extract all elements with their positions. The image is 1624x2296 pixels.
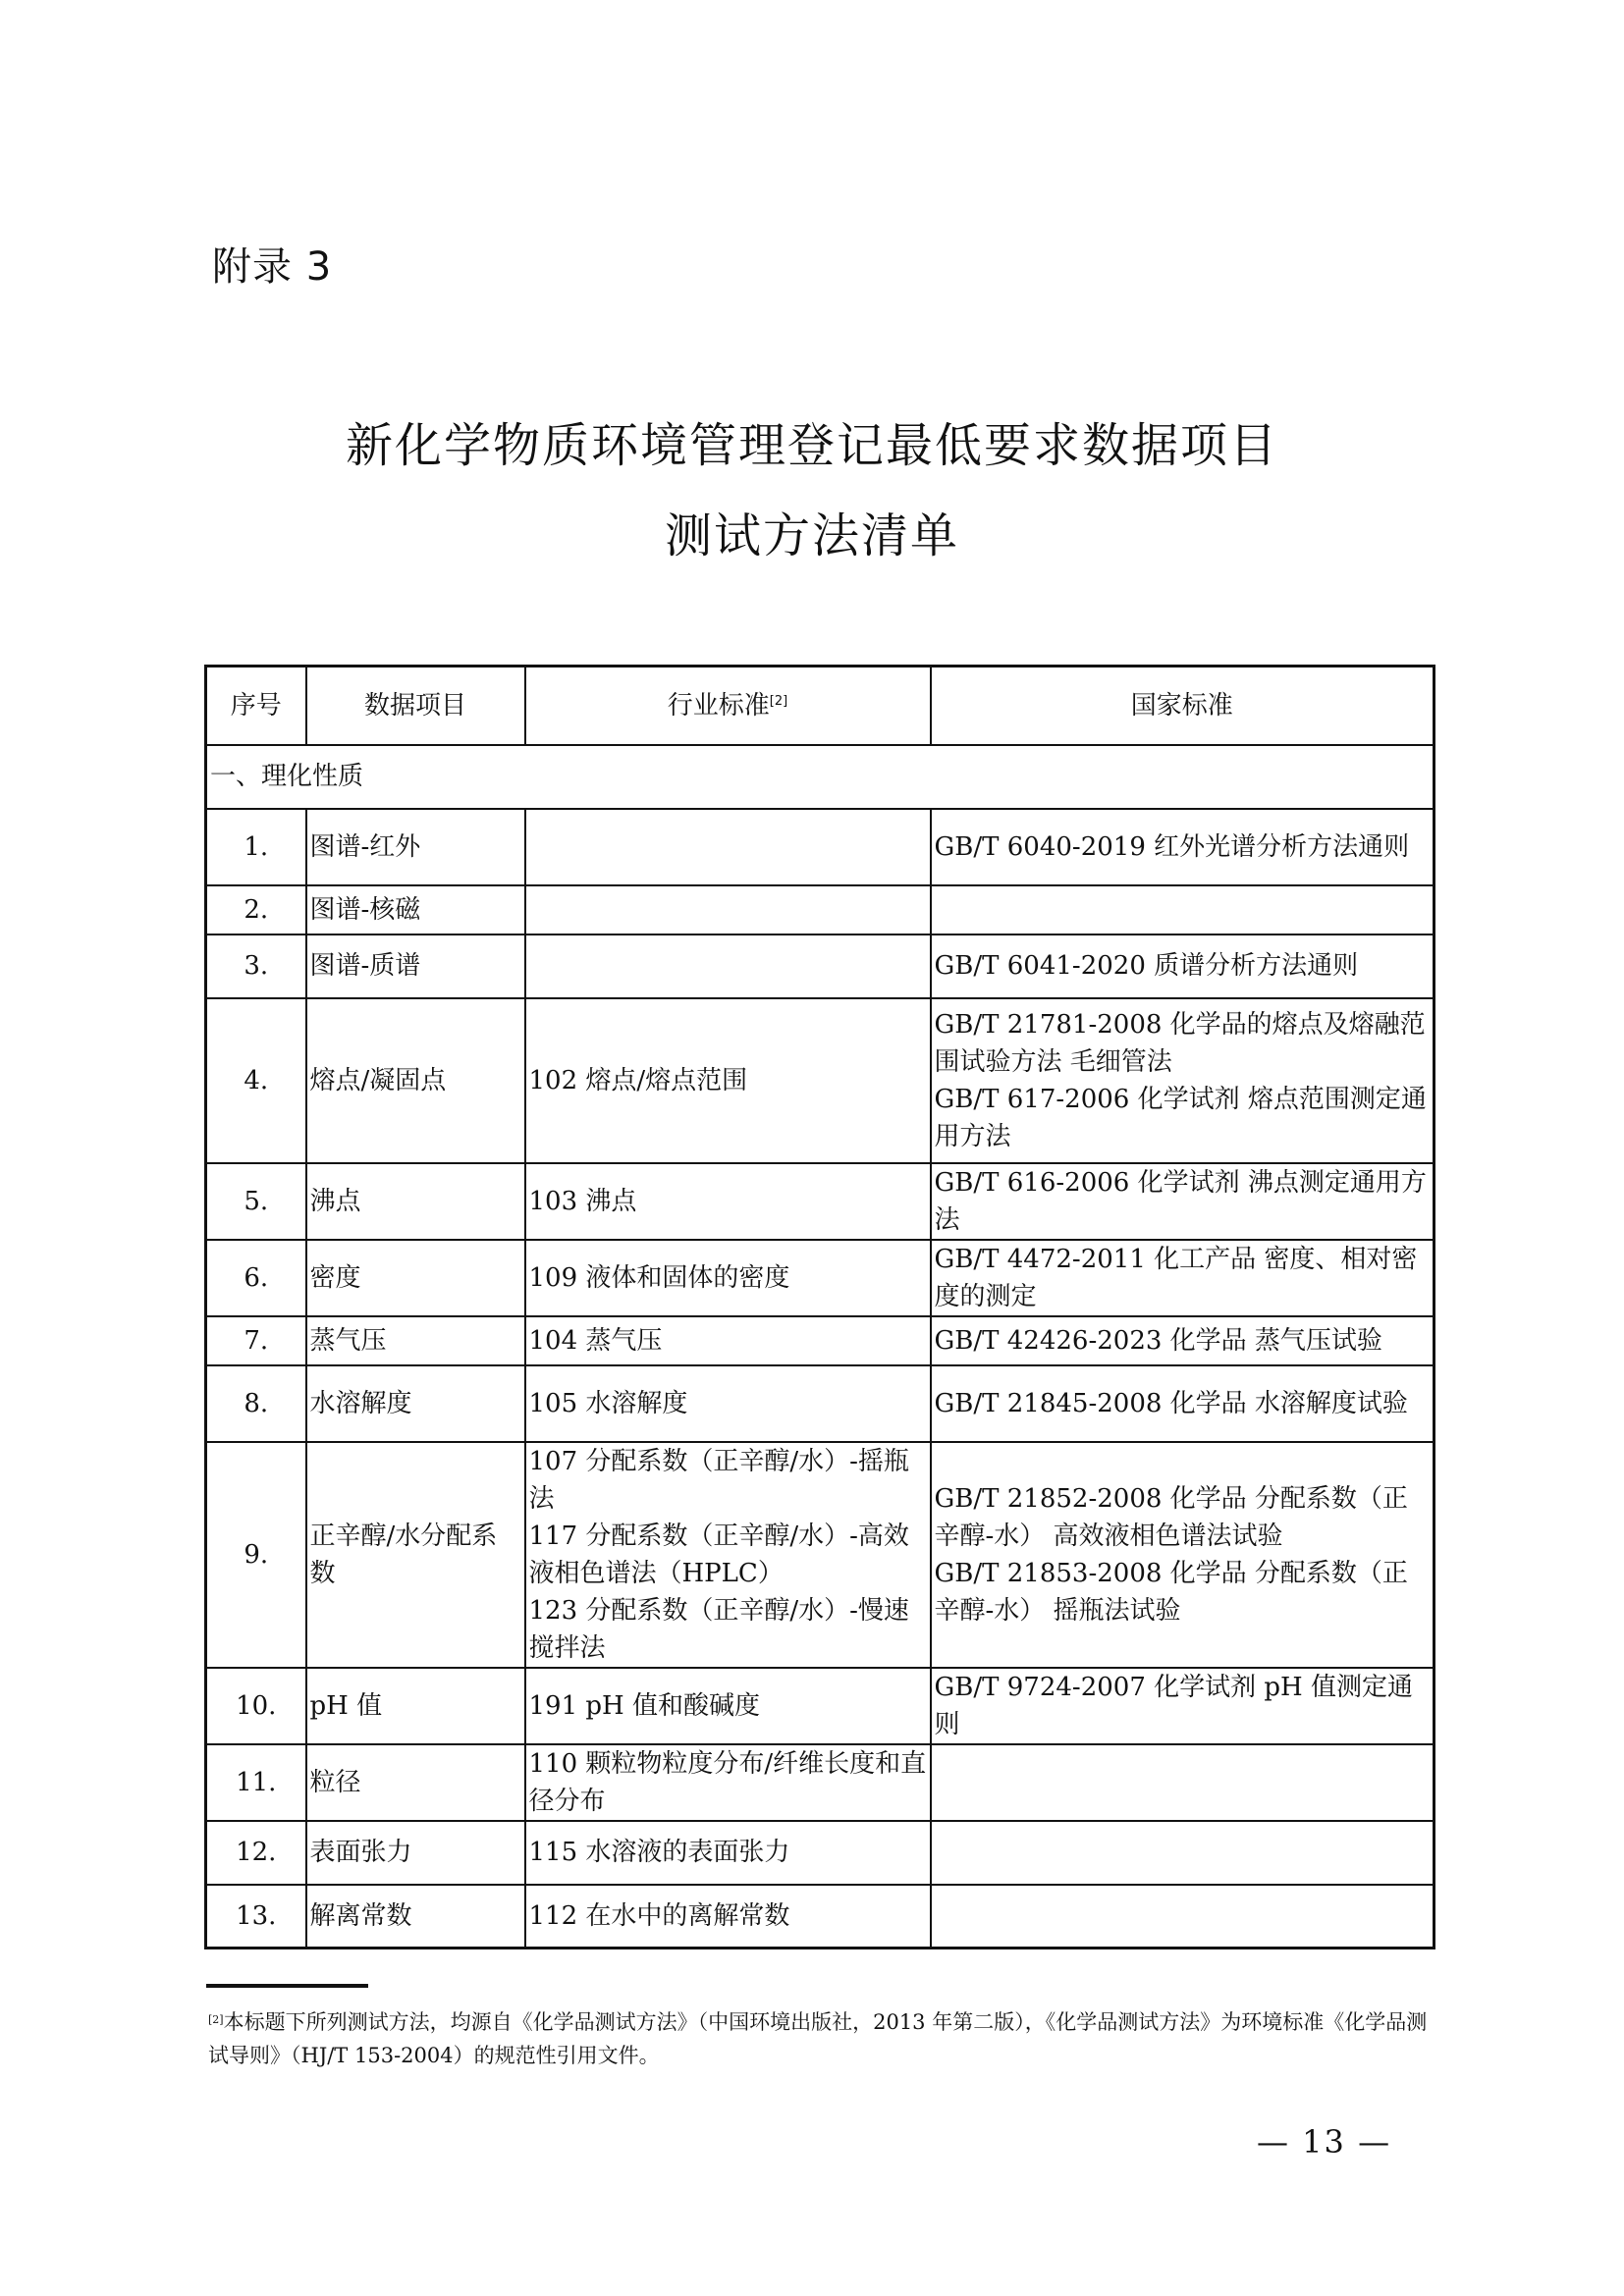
cell-item: 解离常数 bbox=[306, 1885, 525, 1949]
cell-industry: 110 颗粒物粒度分布/纤维长度和直径分布 bbox=[525, 1744, 931, 1821]
cell-item: 正辛醇/水分配系数 bbox=[306, 1442, 525, 1668]
cell-item: 表面张力 bbox=[306, 1821, 525, 1885]
cell-no: 10. bbox=[206, 1668, 306, 1744]
cell-no: 2. bbox=[206, 885, 306, 934]
cell-industry: 102 熔点/熔点范围 bbox=[525, 998, 931, 1163]
footnote: [2]本标题下所列测试方法，均源自《化学品测试方法》（中国环境出版社，2013 … bbox=[208, 2005, 1435, 2072]
cell-no: 13. bbox=[206, 1885, 306, 1949]
table-row: 5.沸点103 沸点GB/T 616-2006 化学试剂 沸点测定通用方法 bbox=[206, 1163, 1435, 1240]
cell-no: 8. bbox=[206, 1365, 306, 1442]
cell-national: GB/T 6040-2019 红外光谱分析方法通则 bbox=[931, 809, 1435, 885]
cell-no: 7. bbox=[206, 1316, 306, 1365]
cell-national: GB/T 42426-2023 化学品 蒸气压试验 bbox=[931, 1316, 1435, 1365]
cell-item: 图谱-质谱 bbox=[306, 934, 525, 998]
table-header-row: 序号 数据项目 行业标准[2] 国家标准 bbox=[206, 667, 1435, 745]
cell-industry bbox=[525, 809, 931, 885]
table-row: 4.熔点/凝固点102 熔点/熔点范围GB/T 21781-2008 化学品的熔… bbox=[206, 998, 1435, 1163]
cell-no: 12. bbox=[206, 1821, 306, 1885]
col-header-item: 数据项目 bbox=[306, 667, 525, 745]
footnote-divider bbox=[206, 1984, 368, 1988]
cell-no: 1. bbox=[206, 809, 306, 885]
cell-no: 5. bbox=[206, 1163, 306, 1240]
section-row: 一、理化性质 bbox=[206, 745, 1435, 809]
cell-industry: 103 沸点 bbox=[525, 1163, 931, 1240]
cell-national bbox=[931, 1821, 1435, 1885]
cell-national: GB/T 21845-2008 化学品 水溶解度试验 bbox=[931, 1365, 1435, 1442]
cell-item: 图谱-红外 bbox=[306, 809, 525, 885]
footnote-ref: [2] bbox=[770, 694, 787, 709]
cell-national: GB/T 21781-2008 化学品的熔点及熔融范围试验方法 毛细管法GB/T… bbox=[931, 998, 1435, 1163]
table-row: 6.密度109 液体和固体的密度GB/T 4472-2011 化工产品 密度、相… bbox=[206, 1240, 1435, 1316]
document-title-line2: 测试方法清单 bbox=[0, 498, 1624, 565]
cell-industry: 112 在水中的离解常数 bbox=[525, 1885, 931, 1949]
table-row: 2.图谱-核磁 bbox=[206, 885, 1435, 934]
cell-item: 熔点/凝固点 bbox=[306, 998, 525, 1163]
col-header-industry: 行业标准[2] bbox=[525, 667, 931, 745]
footnote-marker: [2] bbox=[208, 2013, 224, 2026]
table-row: 7.蒸气压104 蒸气压GB/T 42426-2023 化学品 蒸气压试验 bbox=[206, 1316, 1435, 1365]
appendix-label: 附录 3 bbox=[212, 236, 332, 292]
cell-no: 11. bbox=[206, 1744, 306, 1821]
cell-national: GB/T 4472-2011 化工产品 密度、相对密度的测定 bbox=[931, 1240, 1435, 1316]
cell-no: 3. bbox=[206, 934, 306, 998]
table-row: 1.图谱-红外GB/T 6040-2019 红外光谱分析方法通则 bbox=[206, 809, 1435, 885]
table-row: 9.正辛醇/水分配系数107 分配系数（正辛醇/水）-摇瓶法117 分配系数（正… bbox=[206, 1442, 1435, 1668]
cell-item: 密度 bbox=[306, 1240, 525, 1316]
cell-national: GB/T 9724-2007 化学试剂 pH 值测定通则 bbox=[931, 1668, 1435, 1744]
cell-national: GB/T 616-2006 化学试剂 沸点测定通用方法 bbox=[931, 1163, 1435, 1240]
table-row: 13.解离常数112 在水中的离解常数 bbox=[206, 1885, 1435, 1949]
cell-national bbox=[931, 1744, 1435, 1821]
cell-national: GB/T 6041-2020 质谱分析方法通则 bbox=[931, 934, 1435, 998]
cell-item: 图谱-核磁 bbox=[306, 885, 525, 934]
section-title: 一、理化性质 bbox=[206, 745, 1435, 809]
table-row: 8.水溶解度105 水溶解度GB/T 21845-2008 化学品 水溶解度试验 bbox=[206, 1365, 1435, 1442]
cell-national: GB/T 21852-2008 化学品 分配系数（正辛醇-水） 高效液相色谱法试… bbox=[931, 1442, 1435, 1668]
cell-industry: 105 水溶解度 bbox=[525, 1365, 931, 1442]
cell-item: pH 值 bbox=[306, 1668, 525, 1744]
cell-no: 4. bbox=[206, 998, 306, 1163]
cell-industry: 104 蒸气压 bbox=[525, 1316, 931, 1365]
cell-no: 6. bbox=[206, 1240, 306, 1316]
footnote-text: 本标题下所列测试方法，均源自《化学品测试方法》（中国环境出版社，2013 年第二… bbox=[208, 2010, 1427, 2067]
cell-no: 9. bbox=[206, 1442, 306, 1668]
cell-industry bbox=[525, 934, 931, 998]
table-row: 3.图谱-质谱GB/T 6041-2020 质谱分析方法通则 bbox=[206, 934, 1435, 998]
table-row: 11.粒径110 颗粒物粒度分布/纤维长度和直径分布 bbox=[206, 1744, 1435, 1821]
test-methods-table: 序号 数据项目 行业标准[2] 国家标准 一、理化性质 1.图谱-红外GB/T … bbox=[204, 665, 1435, 1949]
page-number: — 13 — bbox=[1257, 2123, 1391, 2161]
cell-item: 水溶解度 bbox=[306, 1365, 525, 1442]
table-row: 12.表面张力115 水溶液的表面张力 bbox=[206, 1821, 1435, 1885]
document-title-line1: 新化学物质环境管理登记最低要求数据项目 bbox=[0, 407, 1624, 475]
cell-national bbox=[931, 1885, 1435, 1949]
cell-national bbox=[931, 885, 1435, 934]
cell-industry: 109 液体和固体的密度 bbox=[525, 1240, 931, 1316]
col-header-no: 序号 bbox=[206, 667, 306, 745]
cell-industry: 191 pH 值和酸碱度 bbox=[525, 1668, 931, 1744]
table-row: 10.pH 值191 pH 值和酸碱度GB/T 9724-2007 化学试剂 p… bbox=[206, 1668, 1435, 1744]
cell-item: 沸点 bbox=[306, 1163, 525, 1240]
col-header-national: 国家标准 bbox=[931, 667, 1435, 745]
cell-industry bbox=[525, 885, 931, 934]
cell-item: 粒径 bbox=[306, 1744, 525, 1821]
cell-industry: 115 水溶液的表面张力 bbox=[525, 1821, 931, 1885]
cell-item: 蒸气压 bbox=[306, 1316, 525, 1365]
cell-industry: 107 分配系数（正辛醇/水）-摇瓶法117 分配系数（正辛醇/水）-高效液相色… bbox=[525, 1442, 931, 1668]
